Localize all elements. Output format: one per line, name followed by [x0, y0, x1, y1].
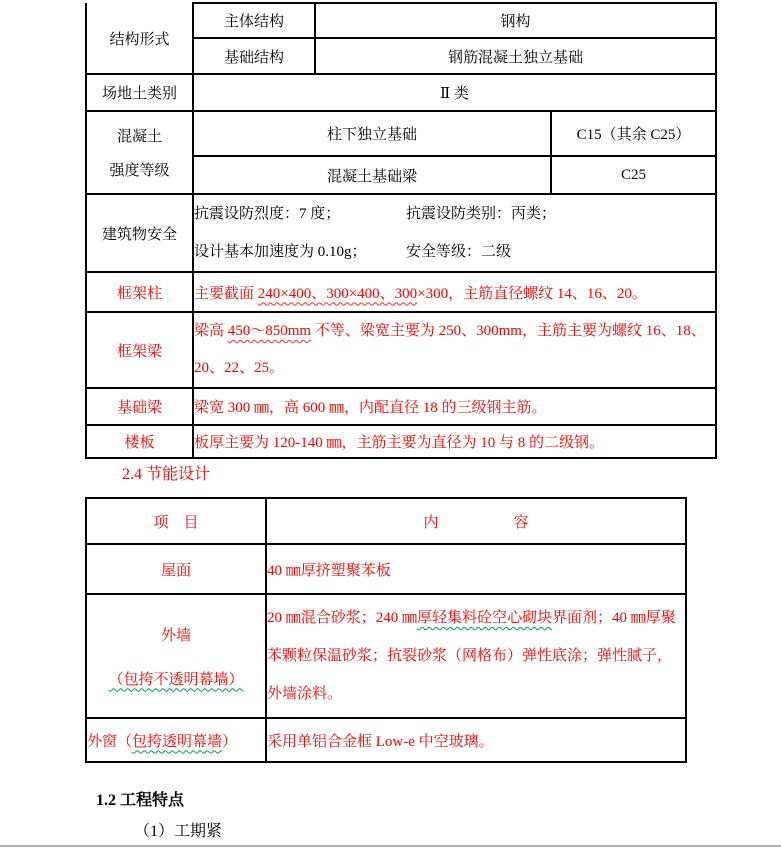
exterior-window-label-grammarcheck: 包挎透明幕墙: [132, 734, 222, 750]
document-page: 结构形式 主体结构 钢构 基础结构 钢筋混凝土独立基础 场地土类别 Ⅱ 类 混凝…: [0, 0, 781, 848]
safety-acceleration: 设计基本加速度为 0.10g；: [194, 233, 406, 271]
exterior-wall-text-grammarcheck: 厚轻集料砼空心砌块: [417, 610, 552, 626]
frame-beam-text-pre: 梁高: [194, 323, 228, 339]
row-floor-slab: 楼板 板厚主要为 120-140 ㎜，主筋主要为直径为 10 与 8 的二级钢。: [86, 425, 716, 458]
cell-roof-label: 屋面: [86, 544, 266, 594]
exterior-window-label-post: ）: [222, 734, 237, 750]
cell-concrete-row1-key: 柱下独立基础: [193, 111, 551, 156]
cell-exterior-wall-label: 外墙 （包挎不透明幕墙）: [86, 594, 266, 718]
safety-right-column: 抗震设防类别：丙类； 安全等级：二级: [406, 195, 556, 271]
safety-intensity: 抗震设防烈度：7 度；: [194, 195, 406, 233]
cell-floor-slab-content: 板厚主要为 120-140 ㎜，主筋主要为直径为 10 与 8 的二级钢。: [193, 425, 716, 458]
row-site-soil: 场地土类别 Ⅱ 类: [86, 74, 716, 111]
cell-structure-form-label: 结构形式: [86, 3, 193, 74]
row-concrete-grade-1: 混凝土 强度等级 柱下独立基础 C15（其余 C25）: [86, 111, 716, 156]
exterior-wall-label-line2-grammarcheck: （包挎不透明幕墙）: [108, 668, 243, 689]
bottom-divider-line: [0, 845, 781, 847]
exterior-wall-label-line1: 外墙: [161, 624, 191, 645]
row-frame-column: 框架柱 主要截面 240×400、300×400、300×300，主筋直径螺纹 …: [86, 272, 716, 312]
sub-point-tight-schedule: （1）工期紧: [134, 818, 222, 841]
cell-frame-column-content: 主要截面 240×400、300×400、300×300，主筋直径螺纹 14、1…: [193, 272, 716, 312]
cell-concrete-row1-value: C15（其余 C25）: [551, 111, 716, 156]
energy-design-table: 项 目 内 容 屋面 40 ㎜厚挤塑聚苯板 外墙 （包挎不透明幕墙） 20 ㎜混…: [85, 497, 687, 763]
cell-floor-slab-label: 楼板: [86, 425, 193, 458]
cell-energy-header-content: 内 容: [266, 498, 686, 544]
cell-concrete-row2-value: C25: [551, 156, 716, 194]
row-frame-beam: 框架梁 梁高 450～850mm 不等、梁宽主要为 250、300mm，主筋主要…: [86, 312, 716, 388]
cell-site-soil-value: Ⅱ 类: [193, 74, 716, 111]
cell-foundation-beam-content: 梁宽 300 ㎜，高 600 ㎜，内配直径 18 的三级钢主筋。: [193, 388, 716, 425]
row-foundation-beam: 基础梁 梁宽 300 ㎜，高 600 ㎜，内配直径 18 的三级钢主筋。: [86, 388, 716, 425]
row-building-safety: 建筑物安全 抗震设防烈度：7 度； 设计基本加速度为 0.10g； 抗震设防类别…: [86, 194, 716, 272]
safety-left-column: 抗震设防烈度：7 度； 设计基本加速度为 0.10g；: [194, 195, 406, 271]
cell-frame-column-label: 框架柱: [86, 272, 193, 312]
cell-foundation-structure-value: 钢筋混凝土独立基础: [315, 38, 716, 74]
cell-exterior-wall-content: 20 ㎜混合砂浆；240 ㎜厚轻集料砼空心砌块界面剂；40 ㎜厚聚苯颗粒保温砂浆…: [266, 594, 686, 718]
cell-building-safety-content: 抗震设防烈度：7 度； 设计基本加速度为 0.10g； 抗震设防类别：丙类； 安…: [193, 194, 716, 272]
cell-frame-beam-content: 梁高 450～850mm 不等、梁宽主要为 250、300mm，主筋主要为螺纹 …: [193, 312, 716, 388]
cell-building-safety-label: 建筑物安全: [86, 194, 193, 272]
section-heading-energy-design: 2.4 节能设计: [122, 461, 210, 484]
cell-exterior-window-label: 外窗（包挎透明幕墙）: [86, 718, 266, 762]
cell-roof-content: 40 ㎜厚挤塑聚苯板: [266, 544, 686, 594]
row-energy-header: 项 目 内 容: [86, 498, 686, 544]
cell-main-structure-key: 主体结构: [193, 3, 315, 38]
concrete-grade-label-line1: 混凝土: [87, 125, 192, 146]
cell-energy-header-item: 项 目: [86, 498, 266, 544]
structure-info-table: 结构形式 主体结构 钢构 基础结构 钢筋混凝土独立基础 场地土类别 Ⅱ 类 混凝…: [85, 2, 717, 459]
frame-column-text-spellcheck: 240×400、300×400、300: [258, 286, 417, 302]
cell-foundation-structure-key: 基础结构: [193, 38, 315, 74]
cell-exterior-window-content: 采用单铝合金框 Low-e 中空玻璃。: [266, 718, 686, 762]
cell-site-soil-label: 场地土类别: [86, 74, 193, 111]
cell-foundation-beam-label: 基础梁: [86, 388, 193, 425]
row-exterior-wall: 外墙 （包挎不透明幕墙） 20 ㎜混合砂浆；240 ㎜厚轻集料砼空心砌块界面剂；…: [86, 594, 686, 718]
concrete-grade-label-line2: 强度等级: [87, 159, 192, 180]
cell-concrete-grade-label: 混凝土 强度等级: [86, 111, 193, 194]
cell-frame-beam-label: 框架梁: [86, 312, 193, 388]
safety-grade: 安全等级：二级: [406, 233, 556, 271]
row-main-structure: 结构形式 主体结构 钢构: [86, 3, 716, 38]
exterior-window-label-pre: 外窗（: [87, 734, 132, 750]
row-exterior-window: 外窗（包挎透明幕墙） 采用单铝合金框 Low-e 中空玻璃。: [86, 718, 686, 762]
section-heading-project-features: 1.2 工程特点: [96, 787, 184, 810]
frame-column-text-pre: 主要截面: [194, 286, 258, 302]
exterior-wall-text-pre: 20 ㎜混合砂浆；240 ㎜: [267, 610, 417, 626]
cell-concrete-row2-key: 混凝土基础梁: [193, 156, 551, 194]
cell-main-structure-value: 钢构: [315, 3, 716, 38]
frame-beam-text-spellcheck: 450～850mm: [228, 323, 311, 339]
safety-category: 抗震设防类别：丙类；: [406, 195, 556, 233]
frame-column-text-post: ×300，主筋直径螺纹 14、16、20。: [417, 286, 647, 302]
row-roof: 屋面 40 ㎜厚挤塑聚苯板: [86, 544, 686, 594]
